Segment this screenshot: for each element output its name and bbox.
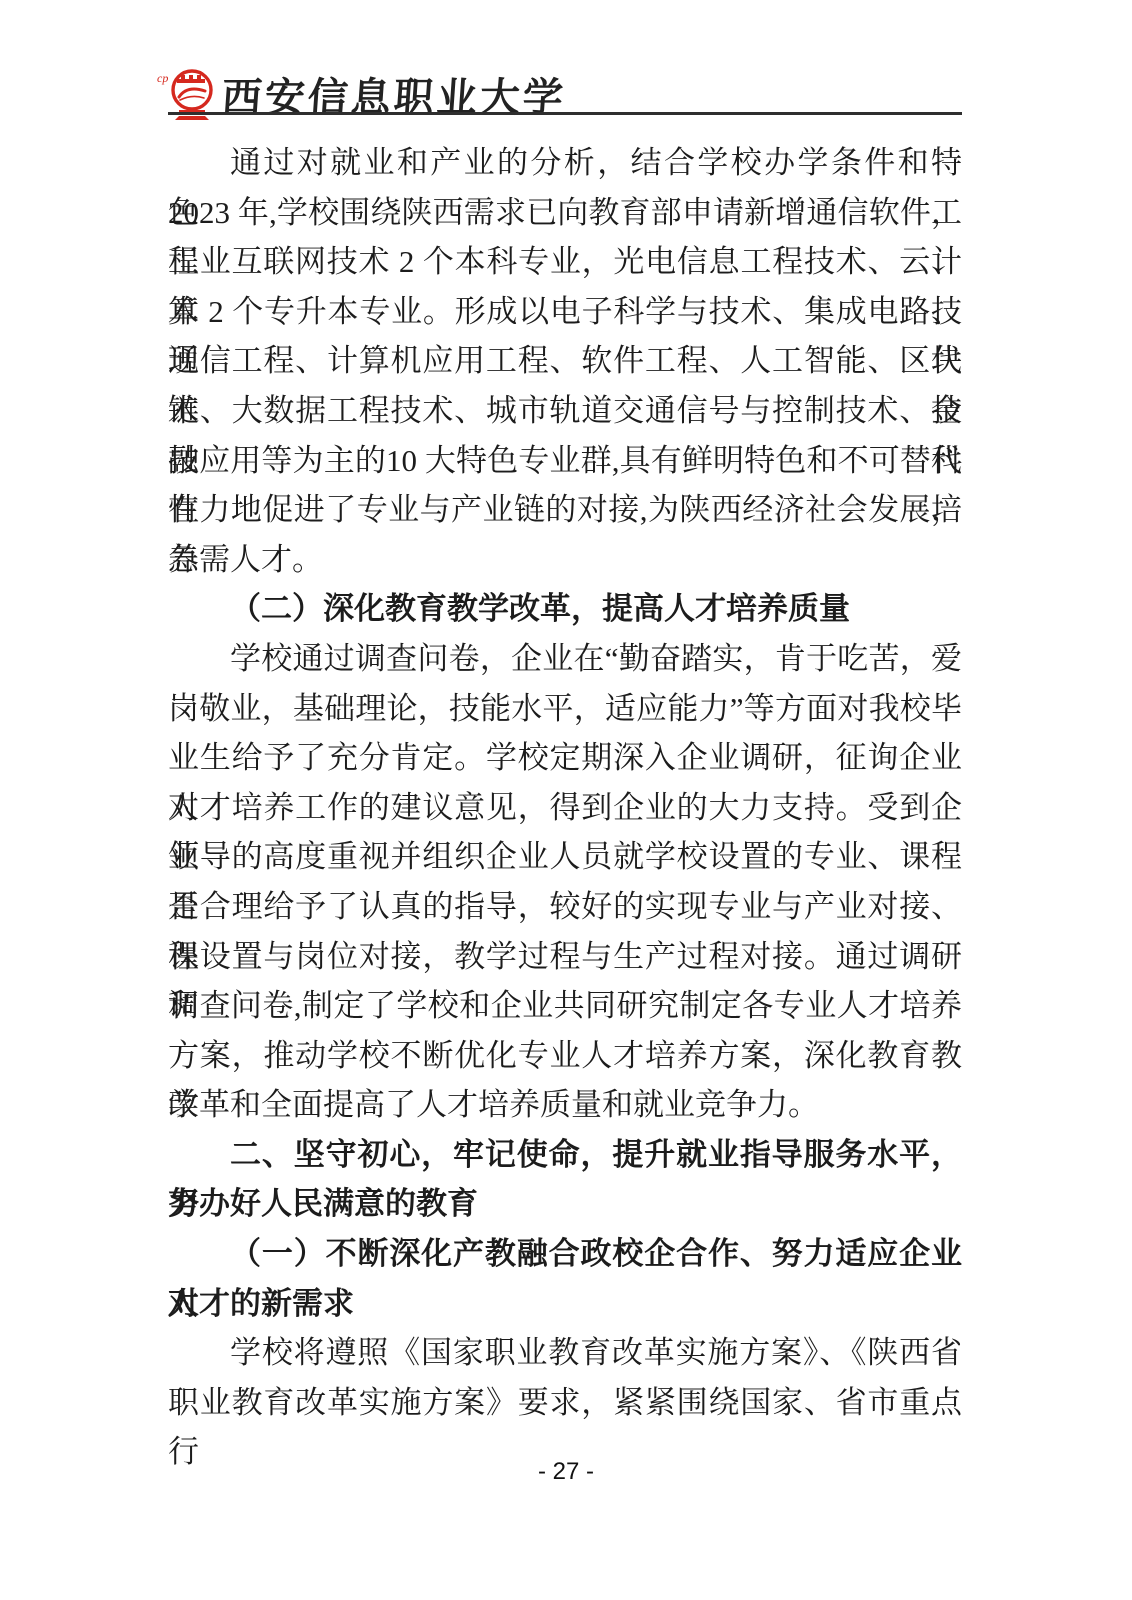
document-body: 通过对就业和产业的分析，结合学校办学条件和特色， 2023 年,学校围绕陕西需求…: [168, 138, 962, 1427]
text-line: 通过对就业和产业的分析，结合学校办学条件和特色，: [168, 138, 962, 188]
text-line: 程设置与岗位对接，教学过程与生产过程对接。通过调研和: [168, 932, 962, 982]
text-line: 通信工程、计算机应用工程、软件工程、人工智能、区块链技: [168, 336, 962, 386]
svg-text:cp: cp: [157, 71, 168, 85]
text-line: 2023 年,学校围绕陕西需求已向教育部申请新增通信软件工程、: [168, 188, 962, 238]
text-line: 改革和全面提高了人才培养质量和就业竞争力。: [168, 1080, 962, 1130]
text-line: 否合理给予了认真的指导，较好的实现专业与产业对接、课: [168, 882, 962, 932]
section-heading: 力办好人民满意的教育: [168, 1179, 962, 1229]
page-number: - 27 -: [0, 1458, 1132, 1486]
subsection-heading: 人才的新需求: [168, 1279, 962, 1329]
header-divider: [168, 112, 962, 115]
text-line: 业生给予了充分肯定。学校定期深入企业调研，征询企业对: [168, 733, 962, 783]
subsection-heading: （一）不断深化产教融合政校企合作、努力适应企业对: [168, 1229, 962, 1279]
text-line: 学校将遵照《国家职业教育改革实施方案》、《陕西省: [168, 1328, 962, 1378]
section-heading: （二）深化教育教学改革，提高人才培养质量: [168, 584, 962, 634]
text-line: 急需人才。: [168, 535, 962, 585]
text-line: 工业互联网技术 2 个本科专业，光电信息工程技术、云计算技: [168, 237, 962, 287]
text-line: 技应用等为主的10 大特色专业群,具有鲜明特色和不可替代性，: [168, 436, 962, 486]
text-line: 岗敬业，基础理论，技能水平，适应能力”等方面对我校毕: [168, 684, 962, 734]
document-page: cp 西安信息职业大学 通过对就业和产业的分析，结合学校办学条件和特色， 202…: [0, 0, 1132, 1600]
text-line: 领导的高度重视并组织企业人员就学校设置的专业、课程是: [168, 832, 962, 882]
text-line: 学校通过调查问卷，企业在“勤奋踏实，肯于吃苦，爱: [168, 634, 962, 684]
text-line: 术、大数据工程技术、城市轨道交通信号与控制技术、金融科: [168, 386, 962, 436]
text-line: 方案，推动学校不断优化专业人才培养方案，深化教育教学: [168, 1031, 962, 1081]
text-line: 人才培养工作的建议意见，得到企业的大力支持。受到企业: [168, 783, 962, 833]
text-line: 有力地促进了专业与产业链的对接,为陕西经济社会发展培养: [168, 485, 962, 535]
text-line: 调查问卷,制定了学校和企业共同研究制定各专业人才培养: [168, 981, 962, 1031]
text-line: 职业教育改革实施方案》要求，紧紧围绕国家、省市重点行: [168, 1378, 962, 1428]
text-line: 术 2 个专升本专业。形成以电子科学与技术、集成电路、现代: [168, 287, 962, 337]
section-heading: 二、坚守初心，牢记使命，提升就业指导服务水平，努: [168, 1130, 962, 1180]
